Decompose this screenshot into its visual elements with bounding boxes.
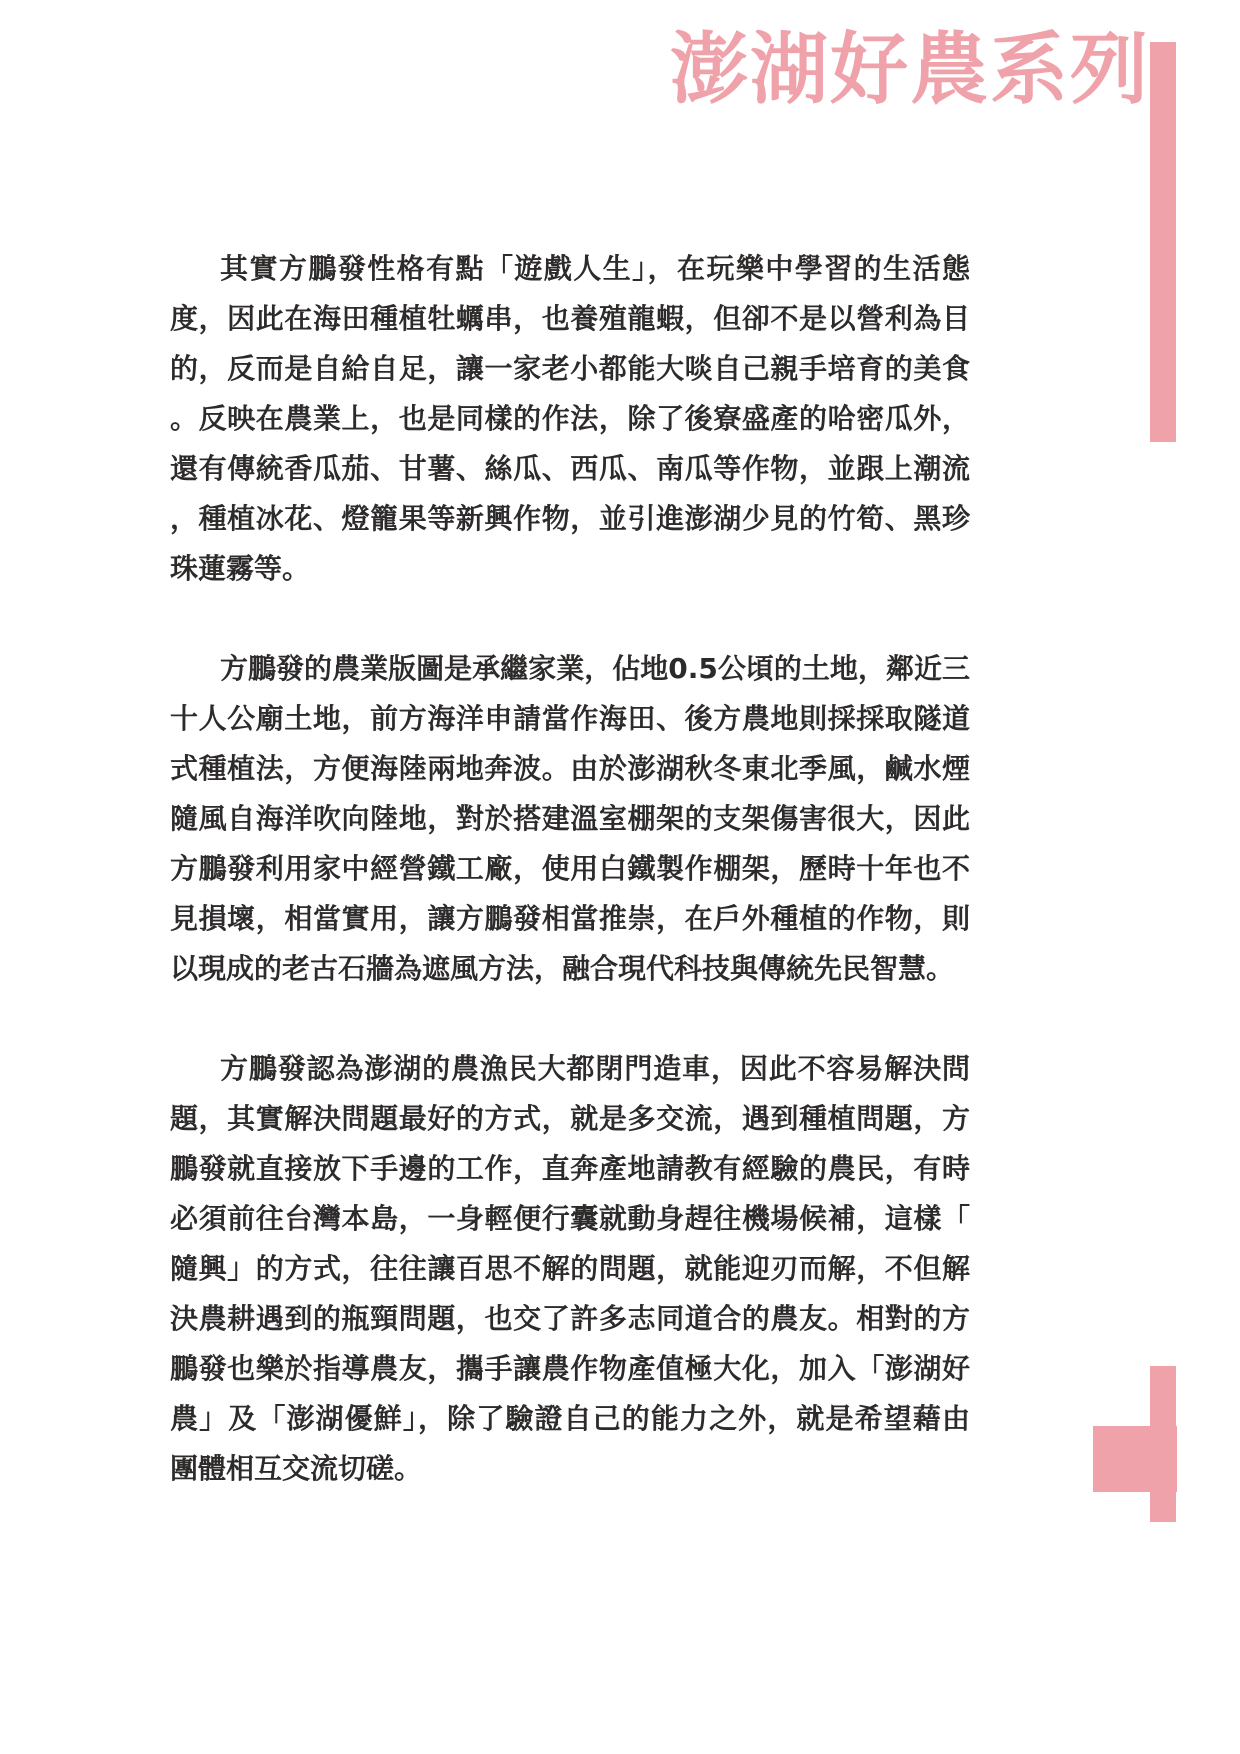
paragraph: 方鵬發的農業版圖是承繼家業，佔地0.5公頃的土地，鄰近三十人公廟土地，前方海洋申… xyxy=(170,644,970,994)
text-line: 還有傳統香瓜茄、甘薯、絲瓜、西瓜、南瓜等作物，並跟上潮流 xyxy=(170,444,970,494)
text-line: 。反映在農業上，也是同樣的作法，除了後寮盛產的哈密瓜外， xyxy=(170,394,970,444)
text-line: 團體相互交流切磋。 xyxy=(170,1444,970,1494)
text-line: 珠蓮霧等。 xyxy=(170,544,970,594)
magazine-page: 澎湖好農系列 其實方鵬發性格有點「遊戲人生」，在玩樂中學習的生活態度，因此在海田… xyxy=(0,0,1240,1754)
text-line: ，種植冰花、燈籠果等新興作物，並引進澎湖少見的竹筍、黑珍 xyxy=(170,494,970,544)
text-line: 式種植法，方便海陸兩地奔波。由於澎湖秋冬東北季風，鹹水煙 xyxy=(170,744,970,794)
text-line: 以現成的老古石牆為遮風方法，融合現代科技與傳統先民智慧。 xyxy=(170,944,970,994)
text-line: 鵬發就直接放下手邊的工作，直奔產地請教有經驗的農民，有時 xyxy=(170,1144,970,1194)
text-line: 方鵬發利用家中經營鐵工廠，使用白鐵製作棚架，歷時十年也不 xyxy=(170,844,970,894)
text-line: 隨風自海洋吹向陸地，對於搭建溫室棚架的支架傷害很大，因此 xyxy=(170,794,970,844)
text-line: 隨興」的方式，往往讓百思不解的問題，就能迎刃而解，不但解 xyxy=(170,1244,970,1294)
paragraph: 其實方鵬發性格有點「遊戲人生」，在玩樂中學習的生活態度，因此在海田種植牡蠣串，也… xyxy=(170,244,970,594)
page-title: 澎湖好農系列 xyxy=(0,22,1150,118)
text-line: 度，因此在海田種植牡蠣串，也養殖龍蝦，但卻不是以營利為目 xyxy=(170,294,970,344)
top-right-accent-bar xyxy=(1150,42,1176,442)
paragraph: 方鵬發認為澎湖的農漁民大都閉門造車，因此不容易解決問題，其實解決問題最好的方式，… xyxy=(170,1044,970,1494)
text-line: 鵬發也樂於指導農友，攜手讓農作物產值極大化，加入「澎湖好 xyxy=(170,1344,970,1394)
text-line: 十人公廟土地，前方海洋申請當作海田、後方農地則採採取隧道 xyxy=(170,694,970,744)
text-line: 見損壞，相當實用，讓方鵬發相當推崇，在戶外種植的作物，則 xyxy=(170,894,970,944)
text-line: 其實方鵬發性格有點「遊戲人生」，在玩樂中學習的生活態 xyxy=(170,244,970,294)
text-line: 農」及「澎湖優鮮」，除了驗證自己的能力之外，就是希望藉由 xyxy=(170,1394,970,1444)
text-line: 方鵬發認為澎湖的農漁民大都閉門造車，因此不容易解決問 xyxy=(170,1044,970,1094)
bottom-right-accent-bar xyxy=(1150,1366,1176,1522)
text-line: 必須前往台灣本島，一身輕便行囊就動身趕往機場候補，這樣「 xyxy=(170,1194,970,1244)
text-line: 方鵬發的農業版圖是承繼家業，佔地0.5公頃的土地，鄰近三 xyxy=(170,644,970,694)
text-line: 的，反而是自給自足，讓一家老小都能大啖自己親手培育的美食 xyxy=(170,344,970,394)
text-line: 決農耕遇到的瓶頸問題，也交了許多志同道合的農友。相對的方 xyxy=(170,1294,970,1344)
text-line: 題，其實解決問題最好的方式，就是多交流，遇到種植問題，方 xyxy=(170,1094,970,1144)
article-body: 其實方鵬發性格有點「遊戲人生」，在玩樂中學習的生活態度，因此在海田種植牡蠣串，也… xyxy=(170,244,970,1544)
